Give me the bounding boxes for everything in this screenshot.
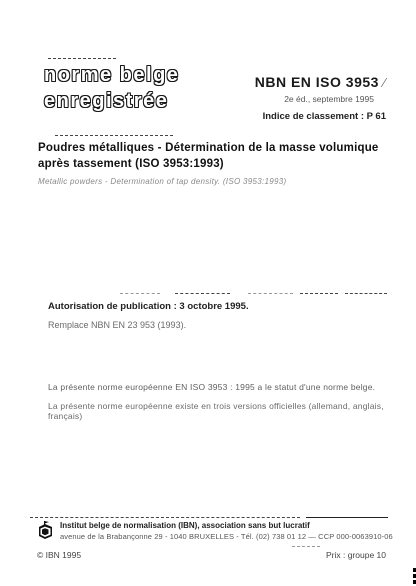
- copyright-notice: © IBN 1995: [37, 550, 81, 560]
- scan-artifact-line: [48, 58, 116, 59]
- price-group: Prix : groupe 10: [326, 550, 386, 560]
- standard-cover-page: norme belge enregistrée NBN EN ISO 3953 …: [0, 0, 416, 586]
- scan-artifact-line: [175, 293, 230, 294]
- scan-artifact-line: [248, 293, 293, 294]
- scan-artifact-line: [345, 293, 387, 294]
- standard-reference: NBN EN ISO 3953 ∕: [146, 74, 386, 90]
- title-french: Poudres métalliques - Détermination de l…: [38, 140, 390, 172]
- status-notice: La présente norme européenne EN ISO 3953…: [48, 382, 375, 392]
- classification-index: Indice de classement : P 61: [146, 111, 386, 122]
- scan-artifact-line: [300, 293, 338, 294]
- title-english: Metallic powders - Determination of tap …: [38, 177, 390, 186]
- scan-artifact-line: [120, 293, 160, 294]
- scan-artifact-line: [55, 135, 173, 136]
- scan-artifact-line: [292, 546, 320, 547]
- stray-pen-mark: ∕: [383, 75, 386, 90]
- header-reference-block: NBN EN ISO 3953 ∕ 2e éd., septembre 1995…: [146, 74, 386, 122]
- replaces-notice: Remplace NBN EN 23 953 (1993).: [48, 320, 186, 330]
- ibn-cube-icon: [35, 520, 55, 542]
- footer-rule-solid: [306, 517, 388, 518]
- institute-name: Institut belge de normalisation (IBN), a…: [60, 521, 310, 530]
- institute-address: avenue de la Brabançonne 29 - 1040 BRUXE…: [60, 532, 393, 541]
- footer-rule-dashed: [30, 517, 300, 518]
- edition-date: 2e éd., septembre 1995: [146, 94, 374, 104]
- versions-notice: La présente norme européenne existe en t…: [48, 401, 416, 421]
- authorization-notice: Autorisation de publication : 3 octobre …: [48, 301, 249, 312]
